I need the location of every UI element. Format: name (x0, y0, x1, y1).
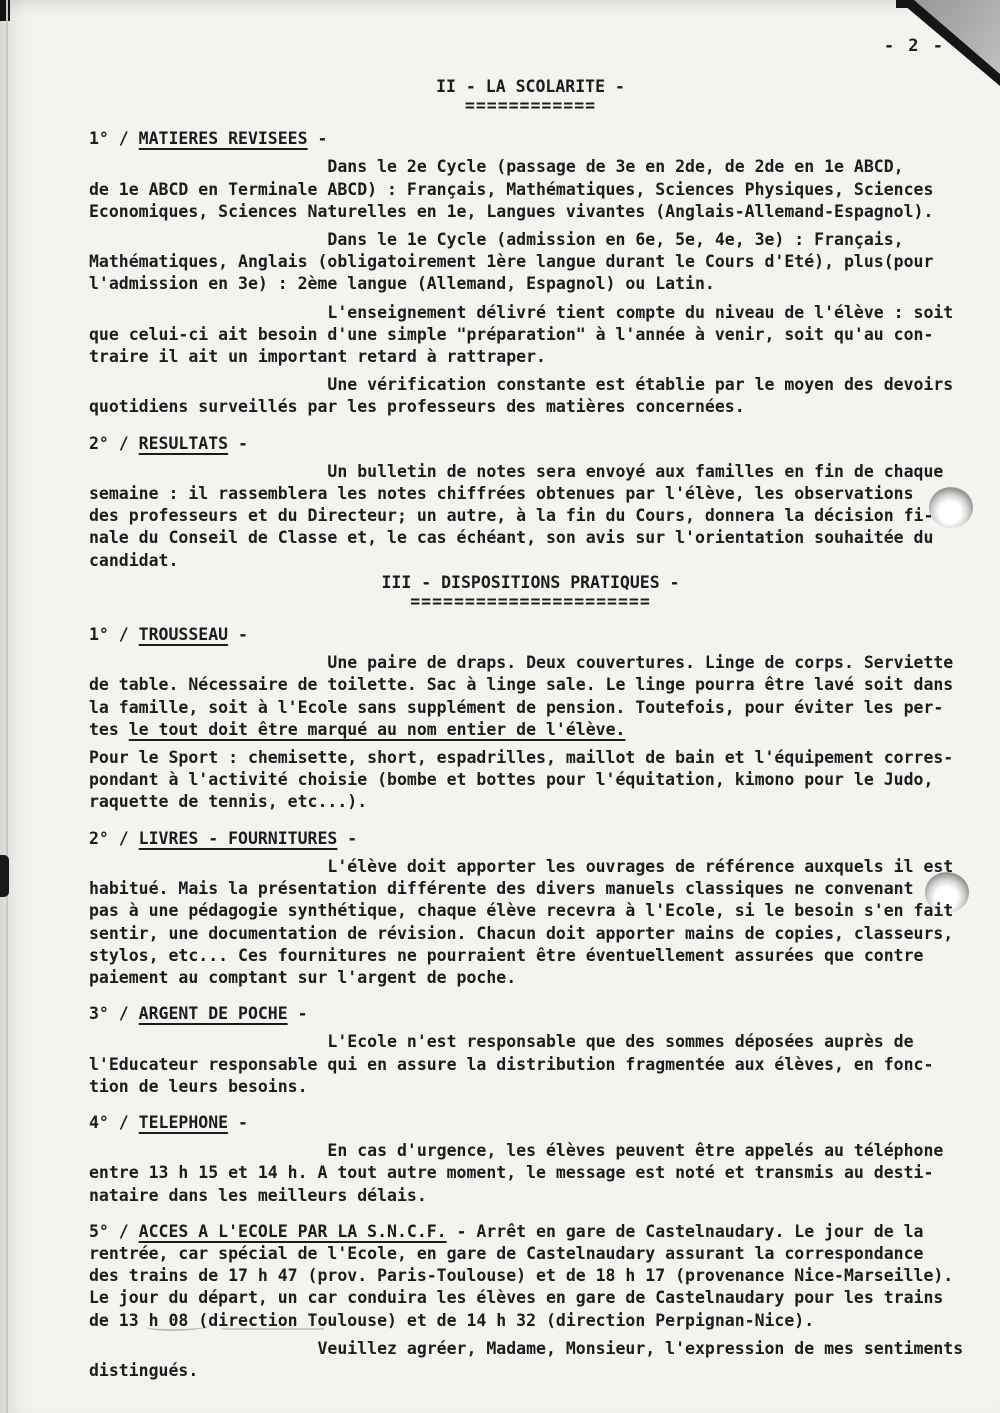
para-trousseau: Une paire de draps. Deux couvertures. Li… (89, 652, 972, 741)
text-line: pas à une pédagogie synthétique, chaque … (89, 900, 972, 922)
text-line: des professeurs et du Directeur; un autr… (89, 505, 972, 527)
page-number: - 2 - (884, 36, 945, 56)
text-line: nale du Conseil de Classe et, le cas éch… (89, 527, 972, 549)
section-number: 2° / (89, 829, 139, 848)
text-line: nataire dans les meilleurs délais. (89, 1185, 972, 1207)
text-line: tion de leurs besoins. (89, 1076, 972, 1098)
text-line: Une vérification constante est établie p… (89, 374, 972, 396)
section-title: MATIERES REVISEES (139, 129, 308, 148)
section-trousseau: 1° / TROUSSEAU - (89, 624, 972, 646)
para-bulletin: Un bulletin de notes sera envoyé aux fam… (89, 461, 972, 572)
para-sport: Pour le Sport : chemisette, short, espad… (89, 747, 972, 814)
section-text: - Arrêt en gare de Castelnaudary. Le jou… (447, 1222, 924, 1241)
section-title: ACCES A L'ECOLE PAR LA S.N.C.F. (139, 1222, 447, 1241)
text-line: candidat. (89, 550, 972, 572)
section-title: TROUSSEAU (139, 625, 228, 644)
text-line: raquette de tennis, etc...). (89, 791, 972, 813)
text-line: que celui-ci ait besoin d'une simple "pr… (89, 324, 972, 346)
heading-underline: ====================== (89, 594, 972, 610)
section-title: TELEPHONE (139, 1113, 228, 1132)
section-number: 1° / (89, 625, 139, 644)
heading-underline: ============ (89, 98, 972, 114)
text-line: Dans le 2e Cycle (passage de 3e en 2de, … (89, 156, 972, 178)
scanned-letter-page: - 2 - II - LA SCOLARITE -============1° … (0, 0, 1000, 1413)
text-line: l'admission en 3e) : 2ème langue (Allema… (89, 273, 972, 295)
text-line: Pour le Sport : chemisette, short, espad… (89, 747, 972, 769)
text-line: sentir, une documentation de révision. C… (89, 923, 972, 945)
text-line: pondant à l'activité choisie (bombe et b… (89, 769, 972, 791)
text-line: L'enseignement délivré tient compte du n… (89, 302, 972, 324)
section-number: 5° / (89, 1222, 139, 1241)
text-line: traire il ait un important retard à ratt… (89, 346, 972, 368)
document-body: II - LA SCOLARITE -============1° / MATI… (89, 76, 972, 1382)
section-suffix: - (228, 625, 248, 644)
text-line: de 1e ABCD en Terminale ABCD) : Français… (89, 179, 972, 201)
left-edge-ink-blob (0, 855, 9, 897)
para-closing: Veuillez agréer, Madame, Monsieur, l'exp… (89, 1338, 972, 1382)
text-line: En cas d'urgence, les élèves peuvent êtr… (89, 1140, 972, 1162)
heading-text: II - LA SCOLARITE - (89, 76, 972, 98)
text-line: l'Educateur responsable qui en assure la… (89, 1054, 972, 1076)
text-line: de 13 h 08 (direction Toulouse) et de 14… (89, 1310, 972, 1332)
section-telephone: 4° / TELEPHONE - (89, 1112, 972, 1134)
section-title: RESULTATS (139, 434, 228, 453)
section-acces-sncf: 5° / ACCES A L'ECOLE PAR LA S.N.C.F. - A… (89, 1221, 972, 1332)
text-line: quotidiens surveillés par les professeur… (89, 396, 972, 418)
section-title: ARGENT DE POCHE (139, 1004, 288, 1023)
para-enseignement: L'enseignement délivré tient compte du n… (89, 302, 972, 369)
text-line: Une paire de draps. Deux couvertures. Li… (89, 652, 972, 674)
section-argent-de-poche: 3° / ARGENT DE POCHE - (89, 1003, 972, 1025)
text-line: habitué. Mais la présentation différente… (89, 878, 972, 900)
heading-text: III - DISPOSITIONS PRATIQUES - (89, 572, 972, 594)
text-line: L'Ecole n'est responsable que des sommes… (89, 1031, 972, 1053)
text-line: Dans le 1e Cycle (admission en 6e, 5e, 4… (89, 229, 972, 251)
text-line: rentrée, car spécial de l'Ecole, en gare… (89, 1243, 972, 1265)
para-livres: L'élève doit apporter les ouvrages de ré… (89, 856, 972, 989)
section-resultats: 2° / RESULTATS - (89, 433, 972, 455)
section-suffix: - (228, 434, 248, 453)
section-number: 1° / (89, 129, 139, 148)
section-suffix: - (308, 129, 328, 148)
section-suffix: - (228, 1113, 248, 1132)
section-livres-fournitures: 2° / LIVRES - FOURNITURES - (89, 828, 972, 850)
underlined-text: le tout doit être marqué au nom entier d… (129, 720, 626, 739)
para-argent: L'Ecole n'est responsable que des sommes… (89, 1031, 972, 1098)
text-line: Le jour du départ, un car conduira les é… (89, 1287, 972, 1309)
text-line: des trains de 17 h 47 (prov. Paris-Toulo… (89, 1265, 972, 1287)
para-deuxieme-cycle: Dans le 2e Cycle (passage de 3e en 2de, … (89, 156, 972, 223)
para-verification: Une vérification constante est établie p… (89, 374, 972, 418)
dispositions-title: III - DISPOSITIONS PRATIQUES -==========… (89, 572, 972, 610)
text-line: paiement au comptant sur l'argent de poc… (89, 967, 972, 989)
text-line: 5° / ACCES A L'ECOLE PAR LA S.N.C.F. - A… (89, 1221, 972, 1243)
text-line: distingués. (89, 1360, 972, 1382)
section-title: LIVRES - FOURNITURES (139, 829, 338, 848)
text-line: Un bulletin de notes sera envoyé aux fam… (89, 461, 972, 483)
para-premier-cycle: Dans le 1e Cycle (admission en 6e, 5e, 4… (89, 229, 972, 296)
text-segment: tes (89, 720, 129, 739)
text-line: stylos, etc... Ces fournitures ne pourra… (89, 945, 972, 967)
text-line: Mathématiques, Anglais (obligatoirement … (89, 251, 972, 273)
text-line: semaine : il rassemblera les notes chiff… (89, 483, 972, 505)
text-line: Economiques, Sciences Naturelles en 1e, … (89, 201, 972, 223)
text-line: la famille, soit à l'Ecole sans suppléme… (89, 697, 972, 719)
section-number: 2° / (89, 434, 139, 453)
text-line: L'élève doit apporter les ouvrages de ré… (89, 856, 972, 878)
section-suffix: - (337, 829, 357, 848)
section-number: 4° / (89, 1113, 139, 1132)
left-edge-scan-line (6, 0, 8, 1413)
text-line: entre 13 h 15 et 14 h. A tout autre mome… (89, 1162, 972, 1184)
top-left-scan-mark (0, 0, 10, 21)
para-telephone: En cas d'urgence, les élèves peuvent êtr… (89, 1140, 972, 1207)
text-line: de table. Nécessaire de toilette. Sac à … (89, 674, 972, 696)
text-line: tes le tout doit être marqué au nom enti… (89, 719, 972, 741)
section-suffix: - (288, 1004, 308, 1023)
text-line: Veuillez agréer, Madame, Monsieur, l'exp… (89, 1338, 972, 1360)
section-number: 3° / (89, 1004, 139, 1023)
main-title: II - LA SCOLARITE -============ (89, 76, 972, 114)
section-matieres-revisees: 1° / MATIERES REVISEES - (89, 128, 972, 150)
